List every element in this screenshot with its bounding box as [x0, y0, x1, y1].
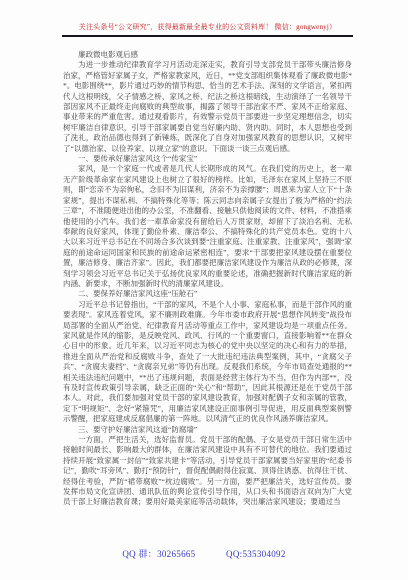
section-3-paragraph: 一方面，严把生活关，选好监督员。党员干部的配偶、子女是党员干部日常生活中接触时间…	[63, 435, 352, 508]
header-notice-text: 关注头条号“公文研究”，获得最新最全最专业的公文资料库！ 微信：gongweny…	[62, 23, 353, 32]
qq-number: QQ:535304092	[226, 549, 286, 559]
section-1-paragraph: 家风，是一个家庭一代或者是几代人长期形成的风气。在我们党的历史上，老一辈无产阶级…	[63, 164, 352, 289]
intro-paragraph: 为进一步推动纪律教育学习月活动走深走实，教育引导支部党员干部带头廉洁修身治家，严…	[63, 60, 352, 154]
section-3-heading: 三、要守护好廉洁家风这道“防腐墙”	[63, 425, 352, 435]
section-1-heading: 一、要传承好廉洁家风这个“传家宝”	[63, 154, 352, 164]
document-page: 关注头条号“公文研究”，获得最新最全最专业的公文资料库！ 微信：gongweny…	[0, 0, 408, 580]
section-2-paragraph: 习近平总书记曾指出，“干部的家风，不是个人小事、家庭私事，而是干部作风的重要表现…	[63, 300, 352, 425]
qq-group-number: QQ 群：30265665	[122, 549, 195, 559]
page-header: 关注头条号“公文研究”，获得最新最全最专业的公文资料库！ 微信：gongweny…	[62, 23, 353, 37]
section-2-heading: 二、要保养好廉洁家风这座“压舱石”	[63, 289, 352, 299]
document-title: 廉政微电影观后感	[63, 50, 352, 60]
page-footer: QQ 群：30265665 QQ:535304092	[0, 547, 408, 560]
document-body: 廉政微电影观后感 为进一步推动纪律教育学习月活动走深走实，教育引导支部党员干部带…	[63, 50, 352, 508]
